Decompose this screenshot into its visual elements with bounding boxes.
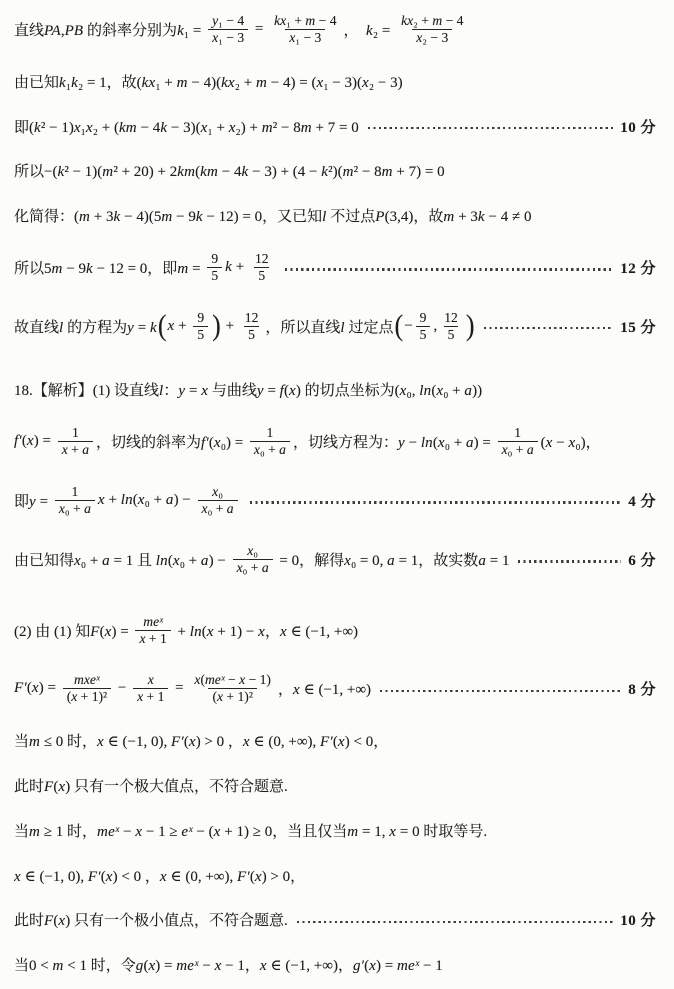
score-marker: 10 分 — [620, 909, 656, 930]
solution-line-15: 此时F(x) 只有一个极大值点，不符合题意. — [14, 775, 656, 796]
fraction-numerator: 1 — [68, 425, 83, 441]
fraction: x₀x₀ + a — [198, 484, 238, 517]
dotted-leader — [368, 127, 614, 129]
solution-line-19: 当0 < m < 1 时，令g(x) = meˣ − x − 1，x ∈ (−1… — [14, 954, 656, 975]
fraction: x(meˣ − x − 1)(x + 1)² — [190, 672, 275, 705]
formula-text: = 0，解得x₀ = 0, a = 1，故实数a = 1 — [276, 549, 510, 570]
dotted-leader — [518, 560, 621, 562]
solution-line-12: (2) 由 (1) 知F(x) = meˣx + 1 + ln(x + 1) −… — [14, 613, 656, 648]
fraction: 95 — [416, 310, 431, 343]
fraction: xx + 1 — [133, 672, 168, 705]
fraction-denominator: x₁ − 3 — [208, 29, 248, 46]
solution-line-10: 即y = 1x₀ + ax + ln(x₀ + a) − x₀x₀ + a4 分 — [14, 483, 656, 518]
formula-text: 故直线l 的方程为y = k — [14, 316, 157, 337]
solution-line-16: 当m ≥ 1 时，meˣ − x − 1 ≥ eˣ − (x + 1) ≥ 0，… — [14, 820, 656, 841]
fraction-denominator: 5 — [444, 326, 459, 343]
solution-line-11: 由已知得x₀ + a = 1 且 ln(x₀ + a) − x₀x₀ + a =… — [14, 542, 656, 577]
solution-line-13: F′(x) = mxeˣ(x + 1)² − xx + 1 = x(meˣ − … — [14, 671, 656, 706]
formula-text: 所以−(k² − 1)(m² + 20) + 2km(km − 4k − 3) … — [14, 160, 445, 181]
formula-text: ，切线方程为：y − ln(x₀ + a) = — [293, 431, 495, 452]
fraction-numerator: 12 — [241, 310, 263, 326]
dotted-leader — [484, 327, 613, 329]
big-parenthesis: ( — [395, 312, 404, 341]
dotted-leader — [297, 921, 613, 923]
fraction: kx₁ + m − 4x₁ − 3 — [270, 13, 340, 46]
formula-text: + ln(x + 1) − x，x ∈ (−1, +∞) — [174, 620, 358, 641]
formula-text: = — [171, 680, 187, 697]
solution-line-17: x ∈ (−1, 0), F′(x) < 0 ，x ∈ (0, +∞), F′(… — [14, 865, 656, 886]
formula-text: F′(x) = — [14, 680, 60, 697]
fraction-numerator: 9 — [193, 310, 208, 326]
fraction: 1x₀ + a — [55, 484, 95, 517]
dotted-leader — [285, 268, 614, 270]
fraction-denominator: x₂ − 3 — [412, 29, 452, 46]
formula-text: ，所以直线l 过定点 — [265, 316, 393, 337]
fraction: 1x₀ + a — [250, 425, 290, 458]
fraction-denominator: 5 — [193, 326, 208, 343]
solution-line-1: 直线PA,PB 的斜率分别为k₁ = y₁ − 4x₁ − 3 = kx₁ + … — [14, 12, 656, 47]
formula-text: 18.【解析】(1) 设直线l：y = x 与曲线y = f(x) 的切点坐标为… — [14, 379, 482, 400]
fraction: 95 — [193, 310, 208, 343]
fraction-denominator: 5 — [254, 267, 269, 284]
dotted-leader — [250, 501, 622, 503]
formula-text: − — [114, 680, 130, 697]
solution-line-3: 即(k² − 1)x₁x₂ + (km − 4k − 3)(x₁ + x₂) +… — [14, 116, 656, 137]
fraction: 1x + a — [58, 425, 93, 458]
fraction-numerator: 12 — [440, 310, 462, 326]
fraction-numerator: y₁ − 4 — [208, 13, 248, 29]
formula-text: 直线PA,PB 的斜率分别为k₁ = — [14, 19, 205, 40]
formula-text: x + ln(x₀ + a) − — [98, 492, 195, 509]
fraction-numerator: 1 — [510, 425, 525, 441]
fraction: x₀x₀ + a — [233, 543, 273, 576]
fraction-numerator: x(meˣ − x − 1) — [190, 672, 275, 688]
fraction-denominator: x₀ + a — [198, 500, 238, 517]
document-page: 直线PA,PB 的斜率分别为k₁ = y₁ − 4x₁ − 3 = kx₁ + … — [0, 0, 674, 989]
formula-text: + — [222, 318, 238, 335]
formula-text: 由已知得x₀ + a = 1 且 ln(x₀ + a) − — [14, 549, 230, 570]
fraction-denominator: (x + 1)² — [208, 688, 256, 705]
solution-line-18: 此时F(x) 只有一个极小值点，不符合题意.10 分 — [14, 909, 656, 930]
big-parenthesis: ) — [466, 312, 475, 341]
score-marker: 10 分 — [620, 116, 656, 137]
formula-text: (x − x₀)， — [541, 431, 601, 452]
formula-text: 当m ≤ 0 时，x ∈ (−1, 0), F′(x) > 0 ，x ∈ (0,… — [14, 730, 388, 751]
score-marker: 4 分 — [628, 490, 656, 511]
fraction-denominator: x₀ + a — [498, 441, 538, 458]
fraction-numerator: kx₁ + m − 4 — [270, 13, 340, 29]
fraction-numerator: 1 — [67, 484, 82, 500]
fraction-numerator: x — [144, 672, 158, 688]
fraction-numerator: 1 — [263, 425, 278, 441]
fraction-denominator: 5 — [244, 326, 259, 343]
fraction-denominator: x₀ + a — [55, 500, 95, 517]
formula-text: x + — [168, 318, 191, 335]
solution-line-9: f′(x) = 1x + a，切线的斜率为f′(x₀) = 1x₀ + a，切线… — [14, 424, 656, 459]
fraction: 125 — [241, 310, 263, 343]
solution-line-8: 18.【解析】(1) 设直线l：y = x 与曲线y = f(x) 的切点坐标为… — [14, 379, 656, 400]
fraction: 1x₀ + a — [498, 425, 538, 458]
fraction-denominator: 5 — [207, 267, 222, 284]
fraction-numerator: x₀ — [208, 484, 227, 500]
formula-text: ， k₂ = — [344, 19, 395, 40]
formula-text: f′(x) = — [14, 433, 55, 450]
big-parenthesis: ) — [212, 312, 221, 341]
fraction: 125 — [251, 251, 273, 284]
fraction: meˣx + 1 — [135, 614, 170, 647]
formula-text: 此时F(x) 只有一个极大值点，不符合题意. — [14, 775, 288, 796]
formula-text: ，切线的斜率为f′(x₀) = — [96, 431, 247, 452]
fraction: 125 — [440, 310, 462, 343]
fraction-numerator: mxeˣ — [70, 672, 104, 688]
fraction-numerator: kx₂ + m − 4 — [397, 13, 467, 29]
formula-text: , — [433, 318, 437, 335]
formula-text: − — [404, 318, 412, 335]
formula-text: 即y = — [14, 490, 52, 511]
fraction-denominator: x + a — [58, 441, 93, 458]
formula-text: ，x ∈ (−1, +∞) — [278, 678, 371, 699]
score-marker: 8 分 — [628, 678, 656, 699]
fraction-numerator: 12 — [251, 251, 273, 267]
solution-line-5: 化简得：(m + 3k − 4)(5m − 9k − 12) = 0，又已知l … — [14, 205, 656, 226]
fraction-denominator: (x + 1)² — [63, 688, 111, 705]
score-marker: 6 分 — [628, 549, 656, 570]
fraction: mxeˣ(x + 1)² — [63, 672, 111, 705]
fraction-denominator: x₁ − 3 — [285, 29, 325, 46]
formula-text: x ∈ (−1, 0), F′(x) < 0 ，x ∈ (0, +∞), F′(… — [14, 865, 305, 886]
formula-text: k + — [225, 259, 248, 276]
fraction-denominator: x + 1 — [135, 630, 170, 647]
fraction-numerator: x₀ — [243, 543, 262, 559]
score-marker: 12 分 — [620, 257, 656, 278]
fraction: y₁ − 4x₁ − 3 — [208, 13, 248, 46]
formula-text: = — [251, 21, 267, 38]
score-marker: 15 分 — [620, 316, 656, 337]
dotted-leader — [380, 690, 621, 692]
fraction-denominator: x₀ + a — [250, 441, 290, 458]
solution-line-14: 当m ≤ 0 时，x ∈ (−1, 0), F′(x) > 0 ，x ∈ (0,… — [14, 730, 656, 751]
fraction: kx₂ + m − 4x₂ − 3 — [397, 13, 467, 46]
fraction-denominator: x + 1 — [133, 688, 168, 705]
formula-text: 当0 < m < 1 时，令g(x) = meˣ − x − 1，x ∈ (−1… — [14, 954, 443, 975]
solution-line-6: 所以5m − 9k − 12 = 0，即m = 95k + 12512 分 — [14, 250, 656, 285]
formula-text: 此时F(x) 只有一个极小值点，不符合题意. — [14, 909, 288, 930]
formula-text: 当m ≥ 1 时，meˣ − x − 1 ≥ eˣ − (x + 1) ≥ 0，… — [14, 820, 487, 841]
big-parenthesis: ( — [158, 312, 167, 341]
solution-line-2: 由已知k₁k₂ = 1，故(kx₁ + m − 4)(kx₂ + m − 4) … — [14, 71, 656, 92]
fraction: 95 — [207, 251, 222, 284]
formula-text: 即(k² − 1)x₁x₂ + (km − 4k − 3)(x₁ + x₂) +… — [14, 116, 359, 137]
fraction-numerator: 9 — [416, 310, 431, 326]
formula-text: 所以5m − 9k − 12 = 0，即m = — [14, 257, 204, 278]
fraction-numerator: 9 — [207, 251, 222, 267]
formula-text: 由已知k₁k₂ = 1，故(kx₁ + m − 4)(kx₂ + m − 4) … — [14, 71, 403, 92]
formula-text: 化简得：(m + 3k − 4)(5m − 9k − 12) = 0，又已知l … — [14, 205, 531, 226]
solution-line-4: 所以−(k² − 1)(m² + 20) + 2km(km − 4k − 3) … — [14, 160, 656, 181]
formula-text: (2) 由 (1) 知F(x) = — [14, 620, 132, 641]
fraction-denominator: x₀ + a — [233, 559, 273, 576]
fraction-numerator: meˣ — [139, 614, 167, 630]
fraction-denominator: 5 — [416, 326, 431, 343]
solution-line-7: 故直线l 的方程为y = k(x + 95) + 125，所以直线l 过定点(−… — [14, 309, 656, 344]
